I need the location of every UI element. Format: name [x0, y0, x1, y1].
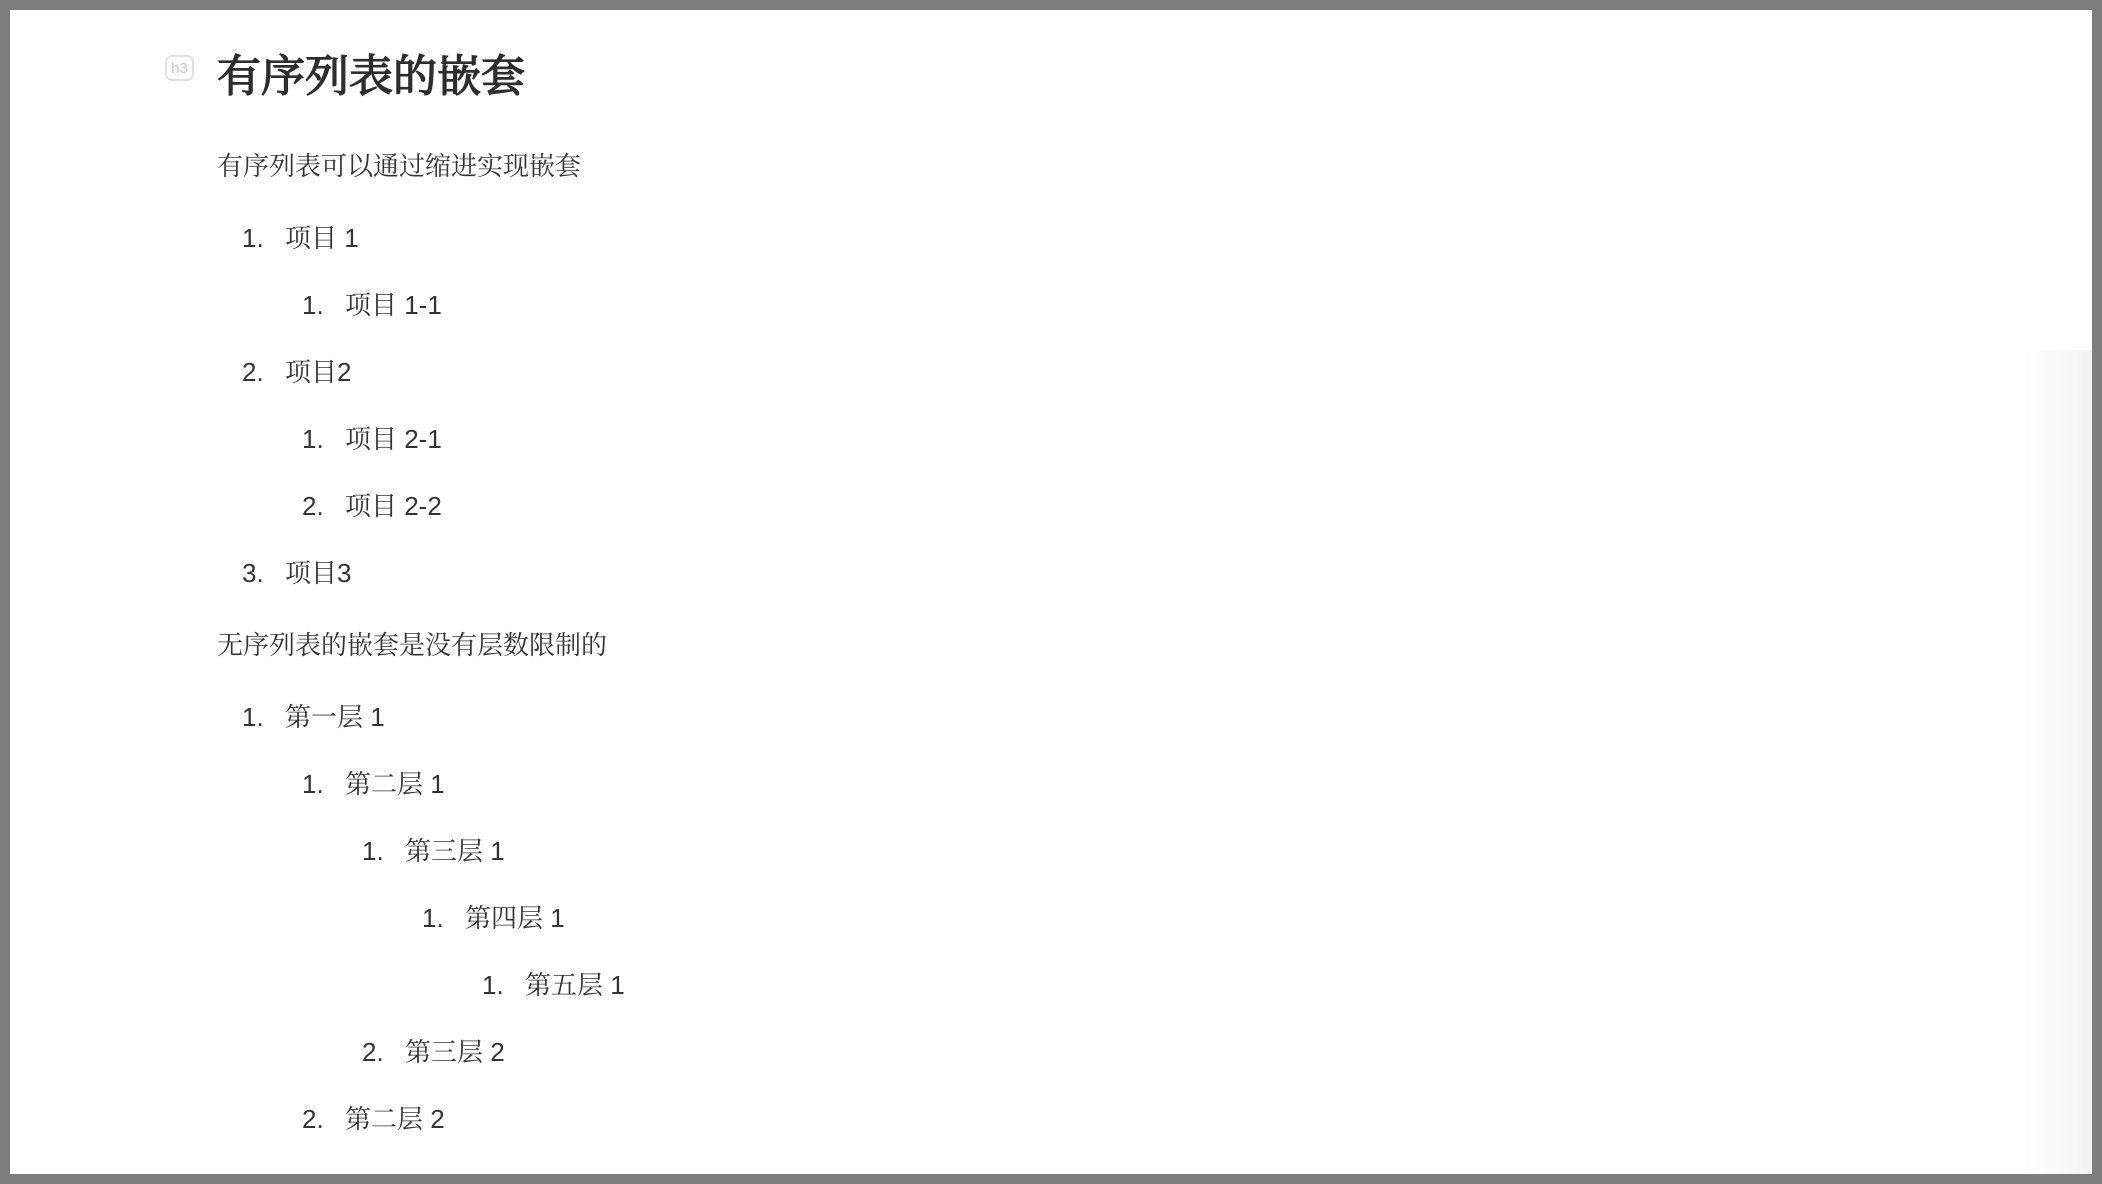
document-content: h3 有序列表的嵌套 有序列表可以通过缩进实现嵌套 1. 项目 1 1. 项目 …: [10, 10, 2092, 1137]
ordered-demo-list: 1. 项目 1 1. 项目 1-1 2. 项目2 1. 项目 2-1: [217, 221, 1972, 591]
intro-ordered-paragraph[interactable]: 有序列表可以通过缩进实现嵌套: [217, 149, 1972, 184]
list-item[interactable]: 1. 第三层 1 1. 第四层 1 1.: [405, 834, 1972, 1003]
list-item[interactable]: 1. 项目 1-1: [345, 288, 1972, 323]
nested-demo-list: 1. 第一层 1 1. 第二层 1 1. 第三层 1 1.: [217, 700, 1972, 1137]
list-item-text[interactable]: 第三层 1: [405, 836, 505, 866]
list-item[interactable]: 2. 第三层 2: [405, 1035, 1972, 1070]
intro-unordered-paragraph[interactable]: 无序列表的嵌套是没有层数限制的: [217, 628, 1972, 663]
list-item-number: 1.: [302, 288, 324, 323]
list-item[interactable]: 1. 第五层 1: [525, 968, 1972, 1003]
section-heading-text[interactable]: 有序列表的嵌套: [217, 52, 525, 101]
nested-list: 1. 第二层 1 1. 第三层 1 1. 第四层 1: [285, 767, 1972, 1137]
list-item[interactable]: 1. 项目 2-1: [345, 422, 1972, 457]
list-item-number: 2.: [242, 355, 264, 390]
list-item-text[interactable]: 第二层 1: [345, 769, 445, 799]
list-item-text[interactable]: 第三层 2: [405, 1037, 505, 1067]
list-item-text[interactable]: 项目 2-2: [345, 491, 442, 521]
list-item-number: 2.: [302, 1102, 324, 1137]
list-item-text[interactable]: 项目 2-1: [345, 424, 442, 454]
list-item-number: 3.: [242, 556, 264, 591]
nested-list: 1. 第四层 1 1. 第五层 1: [405, 901, 1972, 1003]
nested-list: 1. 第五层 1: [465, 968, 1972, 1003]
list-item-text[interactable]: 项目3: [285, 558, 351, 588]
list-item-number: 1.: [302, 767, 324, 802]
list-item[interactable]: 1. 第一层 1 1. 第二层 1 1. 第三层 1 1.: [285, 700, 1972, 1137]
list-item[interactable]: 2. 第二层 2: [345, 1102, 1972, 1137]
nested-list: 1. 项目 2-1 2. 项目 2-2: [285, 422, 1972, 524]
list-item[interactable]: 1. 第二层 1 1. 第三层 1 1. 第四层 1: [345, 767, 1972, 1070]
list-item-text[interactable]: 项目2: [285, 357, 351, 387]
list-item-number: 1.: [422, 901, 444, 936]
list-item-number: 2.: [362, 1035, 384, 1070]
list-item-number: 1.: [302, 422, 324, 457]
list-item-number: 1.: [362, 834, 384, 869]
editor-window: h3 有序列表的嵌套 有序列表可以通过缩进实现嵌套 1. 项目 1 1. 项目 …: [0, 0, 2102, 1184]
list-item-text[interactable]: 项目 1-1: [345, 290, 442, 320]
list-item[interactable]: 2. 项目 2-2: [345, 489, 1972, 524]
section-heading[interactable]: h3 有序列表的嵌套: [217, 50, 1972, 103]
list-item-number: 2.: [302, 489, 324, 524]
list-item-text[interactable]: 项目 1: [285, 223, 359, 253]
list-item-number: 1.: [242, 221, 264, 256]
nested-list: 1. 项目 1-1: [285, 288, 1972, 323]
list-item-number: 1.: [242, 700, 264, 735]
list-item-text[interactable]: 第二层 2: [345, 1104, 445, 1134]
nested-list: 1. 第三层 1 1. 第四层 1 1.: [345, 834, 1972, 1070]
list-item[interactable]: 2. 项目2 1. 项目 2-1 2. 项目 2-2: [285, 355, 1972, 524]
list-item[interactable]: 1. 项目 1 1. 项目 1-1: [285, 221, 1972, 323]
list-item[interactable]: 1. 第四层 1 1. 第五层 1: [465, 901, 1972, 1003]
list-item[interactable]: 3. 项目3: [285, 556, 1972, 591]
list-item-text[interactable]: 第一层 1: [285, 702, 385, 732]
h3-tag-badge: h3: [165, 55, 194, 81]
list-item-number: 1.: [482, 968, 504, 1003]
list-item-text[interactable]: 第四层 1: [465, 903, 565, 933]
list-item-text[interactable]: 第五层 1: [525, 970, 625, 1000]
